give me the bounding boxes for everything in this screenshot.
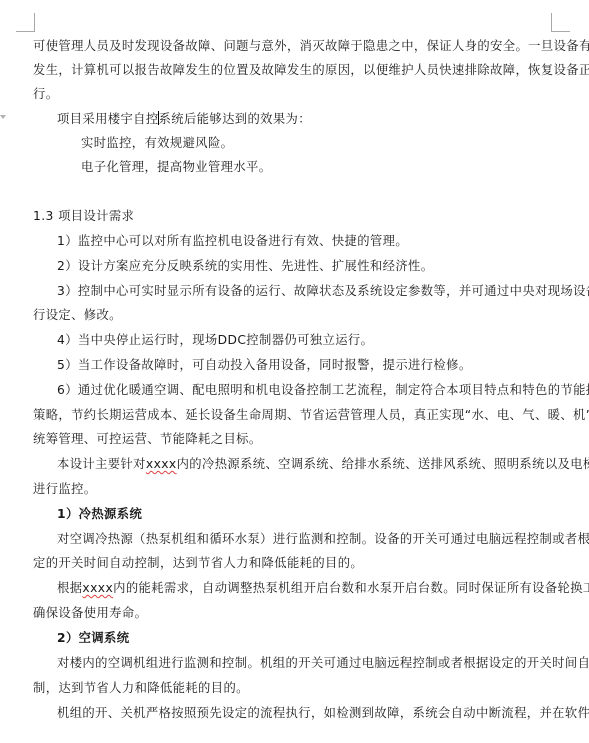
paragraph-line: 确保设备使用寿命。 [33, 605, 147, 621]
requirement-item: 3）控制中心可实时显示所有设备的运行、故障状态及系统设定参数等，并可通过中央对现… [57, 283, 589, 299]
subsection-heading: 2）空调系统 [57, 630, 129, 646]
requirement-item: 4）当中央停止运行时，现场DDC控制器仍可独立运行。 [57, 332, 373, 348]
spellcheck-placeholder[interactable]: xxxx [82, 581, 113, 595]
section-heading: 1.3 项目设计需求 [33, 208, 134, 224]
paragraph-line: 对空调冷热源（热泵机组和循环水泵）进行监测和控制。设备的开关可通过电脑远程控制或… [57, 531, 589, 547]
paragraph-text: 根据 [57, 581, 82, 595]
subsection-heading: 1）冷热源系统 [57, 506, 142, 522]
requirement-item-continued: 统筹管理、可控运营、节能降耗之目标。 [33, 431, 262, 447]
paragraph-line: 定的开关时间自动控制，达到节省人力和降低能耗的目的。 [33, 555, 363, 571]
page-corner-mark-top-left [16, 13, 35, 32]
paragraph-text: 内的能耗需求，自动调整热泵机组开启台数和水泵开启台数。同时保证所有设备轮换工作， [113, 581, 589, 595]
paragraph-line: 对楼内的空调机组进行监测和控制。机组的开关可通过电脑远程控制或者根据设定的开关时… [57, 655, 589, 671]
effect-item: 实时监控，有效规避风险。 [81, 135, 233, 151]
intro-text-before: 项目采用楼宇自控 [57, 112, 159, 126]
effects-intro: 项目采用楼宇自控系统后能够达到的效果为： [57, 111, 311, 127]
paragraph-line: 根据xxxx内的能耗需求，自动调整热泵机组开启台数和水泵开启台数。同时保证所有设… [57, 580, 589, 596]
requirement-item: 6）通过优化暖通空调、配电照明和机电设备控制工艺流程，制定符合本项目特点和特色的… [57, 382, 589, 398]
requirement-item-continued: 策略，节约长期运营成本、延长设备生命周期、节省运营管理人员，真正实现“水、电、气… [33, 407, 589, 423]
requirement-item-continued: 行设定、修改。 [33, 307, 122, 323]
paragraph-line: 发生，计算机可以报告故障发生的位置及故障发生的原因，以便维护人员快速排除故障，恢… [33, 62, 589, 78]
paragraph-line: 可使管理人员及时发现设备故障、问题与意外，消灭故障于隐患之中，保证人身的安全。一… [33, 38, 589, 54]
paragraph-marker-icon [0, 115, 6, 119]
requirement-item: 5）当工作设备故障时，可自动投入备用设备，同时报警，提示进行检修。 [57, 357, 472, 373]
scope-paragraph: 本设计主要针对xxxx内的冷热源系统、空调系统、给排水系统、送排风系统、照明系统… [57, 456, 589, 472]
scope-paragraph-continued: 进行监控。 [33, 481, 97, 497]
scope-text: 本设计主要针对 [57, 457, 146, 471]
effect-item: 电子化管理，提高物业管理水平。 [81, 159, 271, 175]
requirement-item: 2）设计方案应充分反映系统的实用性、先进性、扩展性和经济性。 [57, 258, 433, 274]
paragraph-line: 制，达到节省人力和降低能耗的目的。 [33, 680, 249, 696]
spellcheck-placeholder[interactable]: xxxx [146, 457, 177, 471]
page-corner-mark-top-right [551, 13, 570, 32]
intro-text-after: 系统后能够达到的效果为： [159, 112, 311, 126]
paragraph-line: 行。 [33, 86, 58, 102]
scope-text: 内的冷热源系统、空调系统、给排水系统、送排风系统、照明系统以及电梯系统 [177, 457, 589, 471]
requirement-item: 1）监控中心可以对所有监控机电设备进行有效、快捷的管理。 [57, 233, 408, 249]
paragraph-line: 机组的开、关机严格按照预先设定的流程执行，如检测到故障，系统会自动中断流程，并在… [57, 705, 589, 721]
